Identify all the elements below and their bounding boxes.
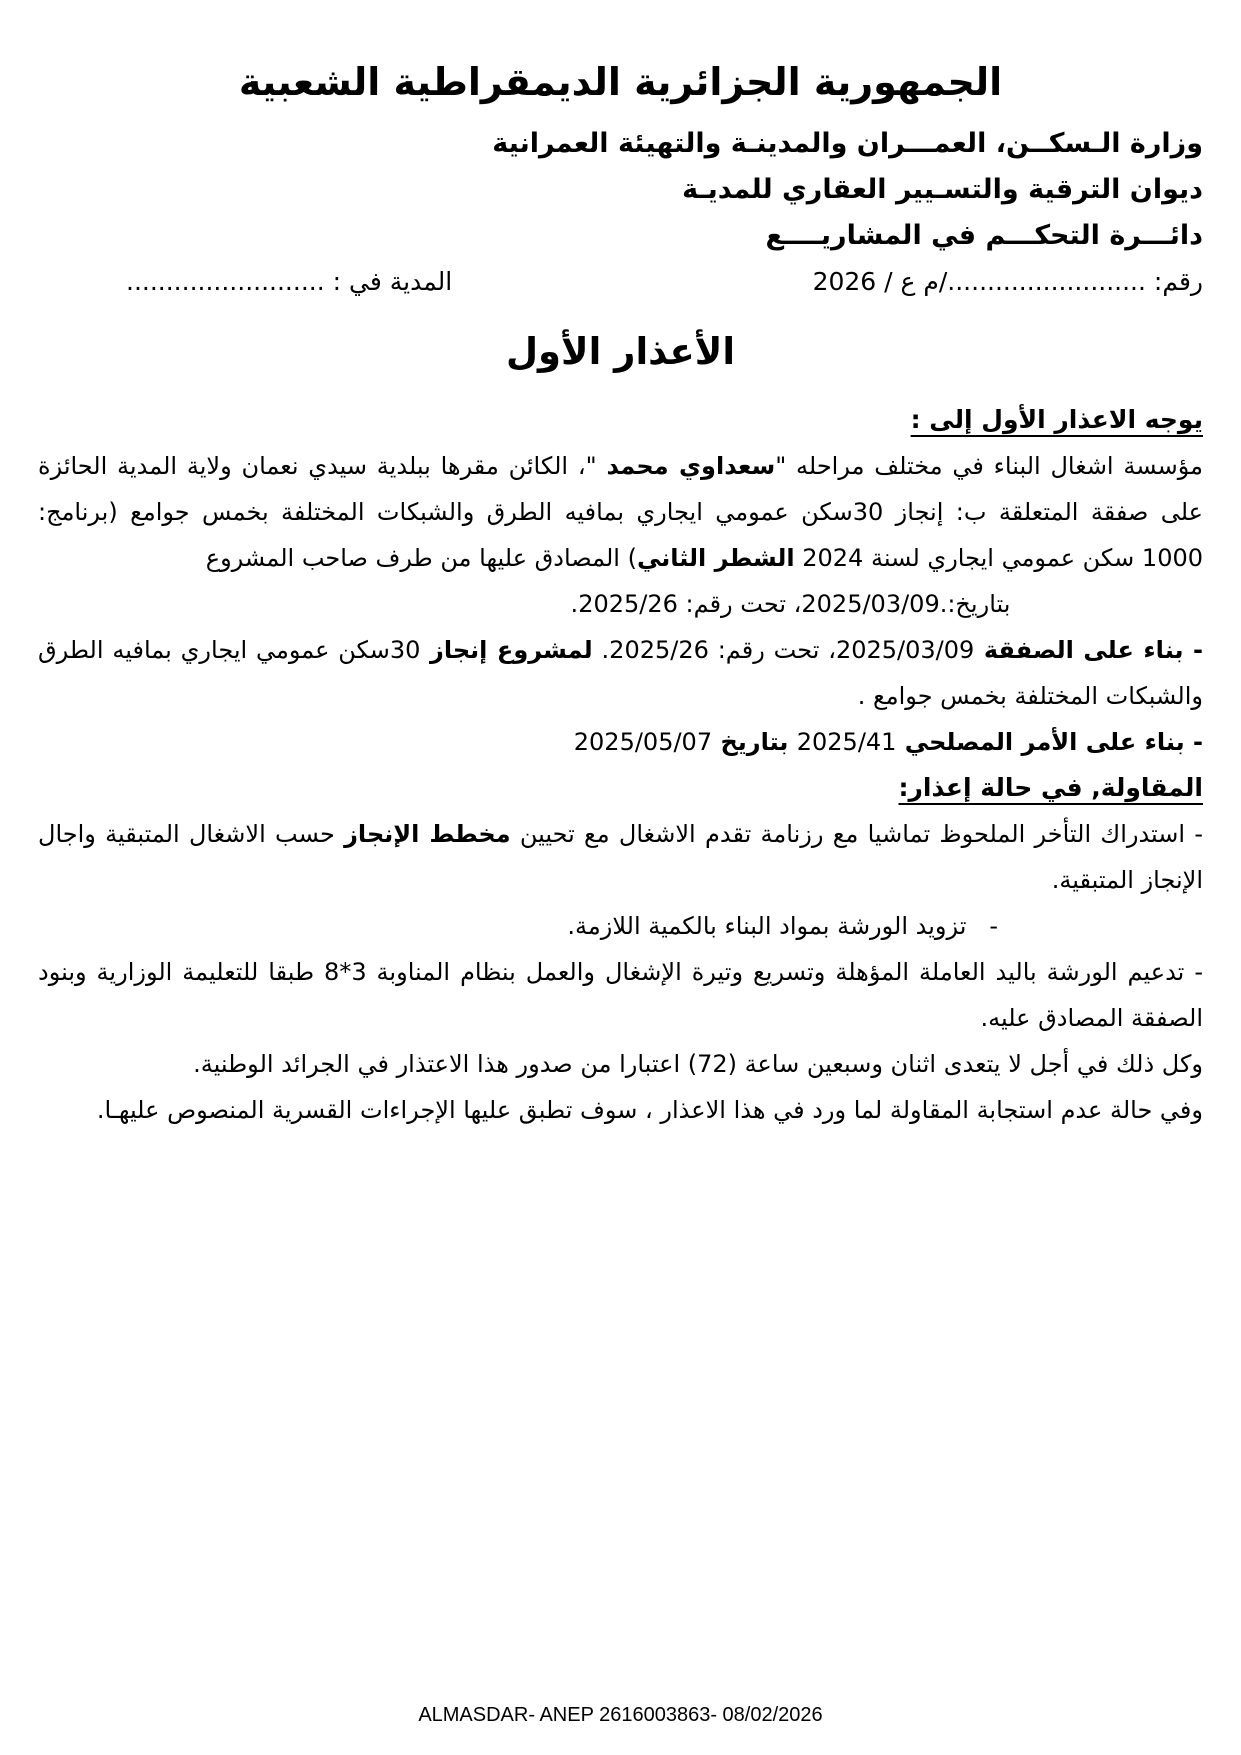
office-line: ديوان الترقية والتسـيير العقاري للمديـة — [38, 167, 1203, 213]
anep-reference: ALMASDAR- ANEP 2616003863- 08/02/2026 — [0, 1704, 1241, 1727]
case-heading-text: المقاولة, في حالة إعذار: — [899, 773, 1203, 802]
company-name: سعداوي محمد — [606, 452, 775, 480]
catchup-text: - استدراك التأخر الملحوظ تماشيا مع رزنام… — [511, 820, 1203, 848]
case-heading: المقاولة, في حالة إعذار: — [38, 765, 1203, 811]
paragraph-consequences: وفي حالة عدم استجابة المقاولة لما ورد في… — [38, 1087, 1203, 1133]
notice-title: الأعذار الأول — [38, 330, 1203, 373]
date-ref-line: بتاريخ:.2025/03/09، تحت رقم: 2025/26. — [38, 581, 1203, 627]
addressee-heading-text: يوجه الاعذار الأول إلى : — [911, 405, 1203, 434]
tranche-label: الشطر الثاني — [637, 544, 795, 572]
service-order-number: 2025/41 — [797, 728, 897, 756]
project-label: لمشروع إنجاز — [420, 636, 592, 664]
notice-body: يوجه الاعذار الأول إلى : مؤسسة اشغال الب… — [38, 397, 1203, 1133]
paragraph-manpower-shifts: - تدعيم الورشة باليد العاملة المؤهلة وتس… — [38, 949, 1203, 1041]
ministry-line: وزارة الـسكــن، العمـــران والمدينـة وال… — [38, 121, 1203, 167]
department-line: دائـــرة التحكـــم في المشاريــــع — [38, 213, 1203, 259]
paragraph-materials-supply: - تزويد الورشة بمواد البناء بالكمية اللا… — [38, 903, 1203, 949]
service-order-label: - بناء على الأمر المصلحي — [896, 728, 1203, 756]
completion-plan-label: مخطط الإنجاز — [344, 820, 510, 848]
contract-basis-label: - بناء على الصفقة — [974, 636, 1203, 664]
contract-date-number: 2025/03/09، تحت رقم: 2025/26. — [593, 636, 975, 664]
paragraph-deadline-72h: وكل ذلك في أجل لا يتعدى اثنان وسبعين ساع… — [38, 1041, 1203, 1087]
reference-row: رقم: ........................./م ع / 202… — [38, 267, 1203, 296]
paragraph-contract-ref: - بناء على الصفقة 2025/03/09، تحت رقم: 2… — [38, 627, 1203, 719]
service-order-date-label: بتاريخ — [712, 728, 797, 756]
service-order-date: 2025/05/07 — [574, 728, 712, 756]
paragraph-catchup-delay: - استدراك التأخر الملحوظ تماشيا مع رزنام… — [38, 811, 1203, 903]
republic-title: الجمهورية الجزائرية الديمقراطية الشعبية — [38, 58, 1203, 107]
company-intro-text: مؤسسة اشغال البناء في مختلف مراحله " — [775, 452, 1203, 480]
paragraph-company-details: مؤسسة اشغال البناء في مختلف مراحله "سعدا… — [38, 443, 1203, 581]
approval-text: ) المصادق عليها من طرف صاحب المشروع — [206, 544, 637, 572]
addressee-heading: يوجه الاعذار الأول إلى : — [38, 397, 1203, 443]
city-date-line: المدية في : ......................... — [126, 267, 452, 296]
ref-number-line: رقم: ........................./م ع / 202… — [813, 267, 1203, 296]
paragraph-service-order: - بناء على الأمر المصلحي 2025/41 بتاريخ … — [38, 719, 1203, 765]
letterhead: وزارة الـسكــن، العمـــران والمدينـة وال… — [38, 121, 1203, 259]
document-page: الجمهورية الجزائرية الديمقراطية الشعبية … — [0, 0, 1241, 1755]
